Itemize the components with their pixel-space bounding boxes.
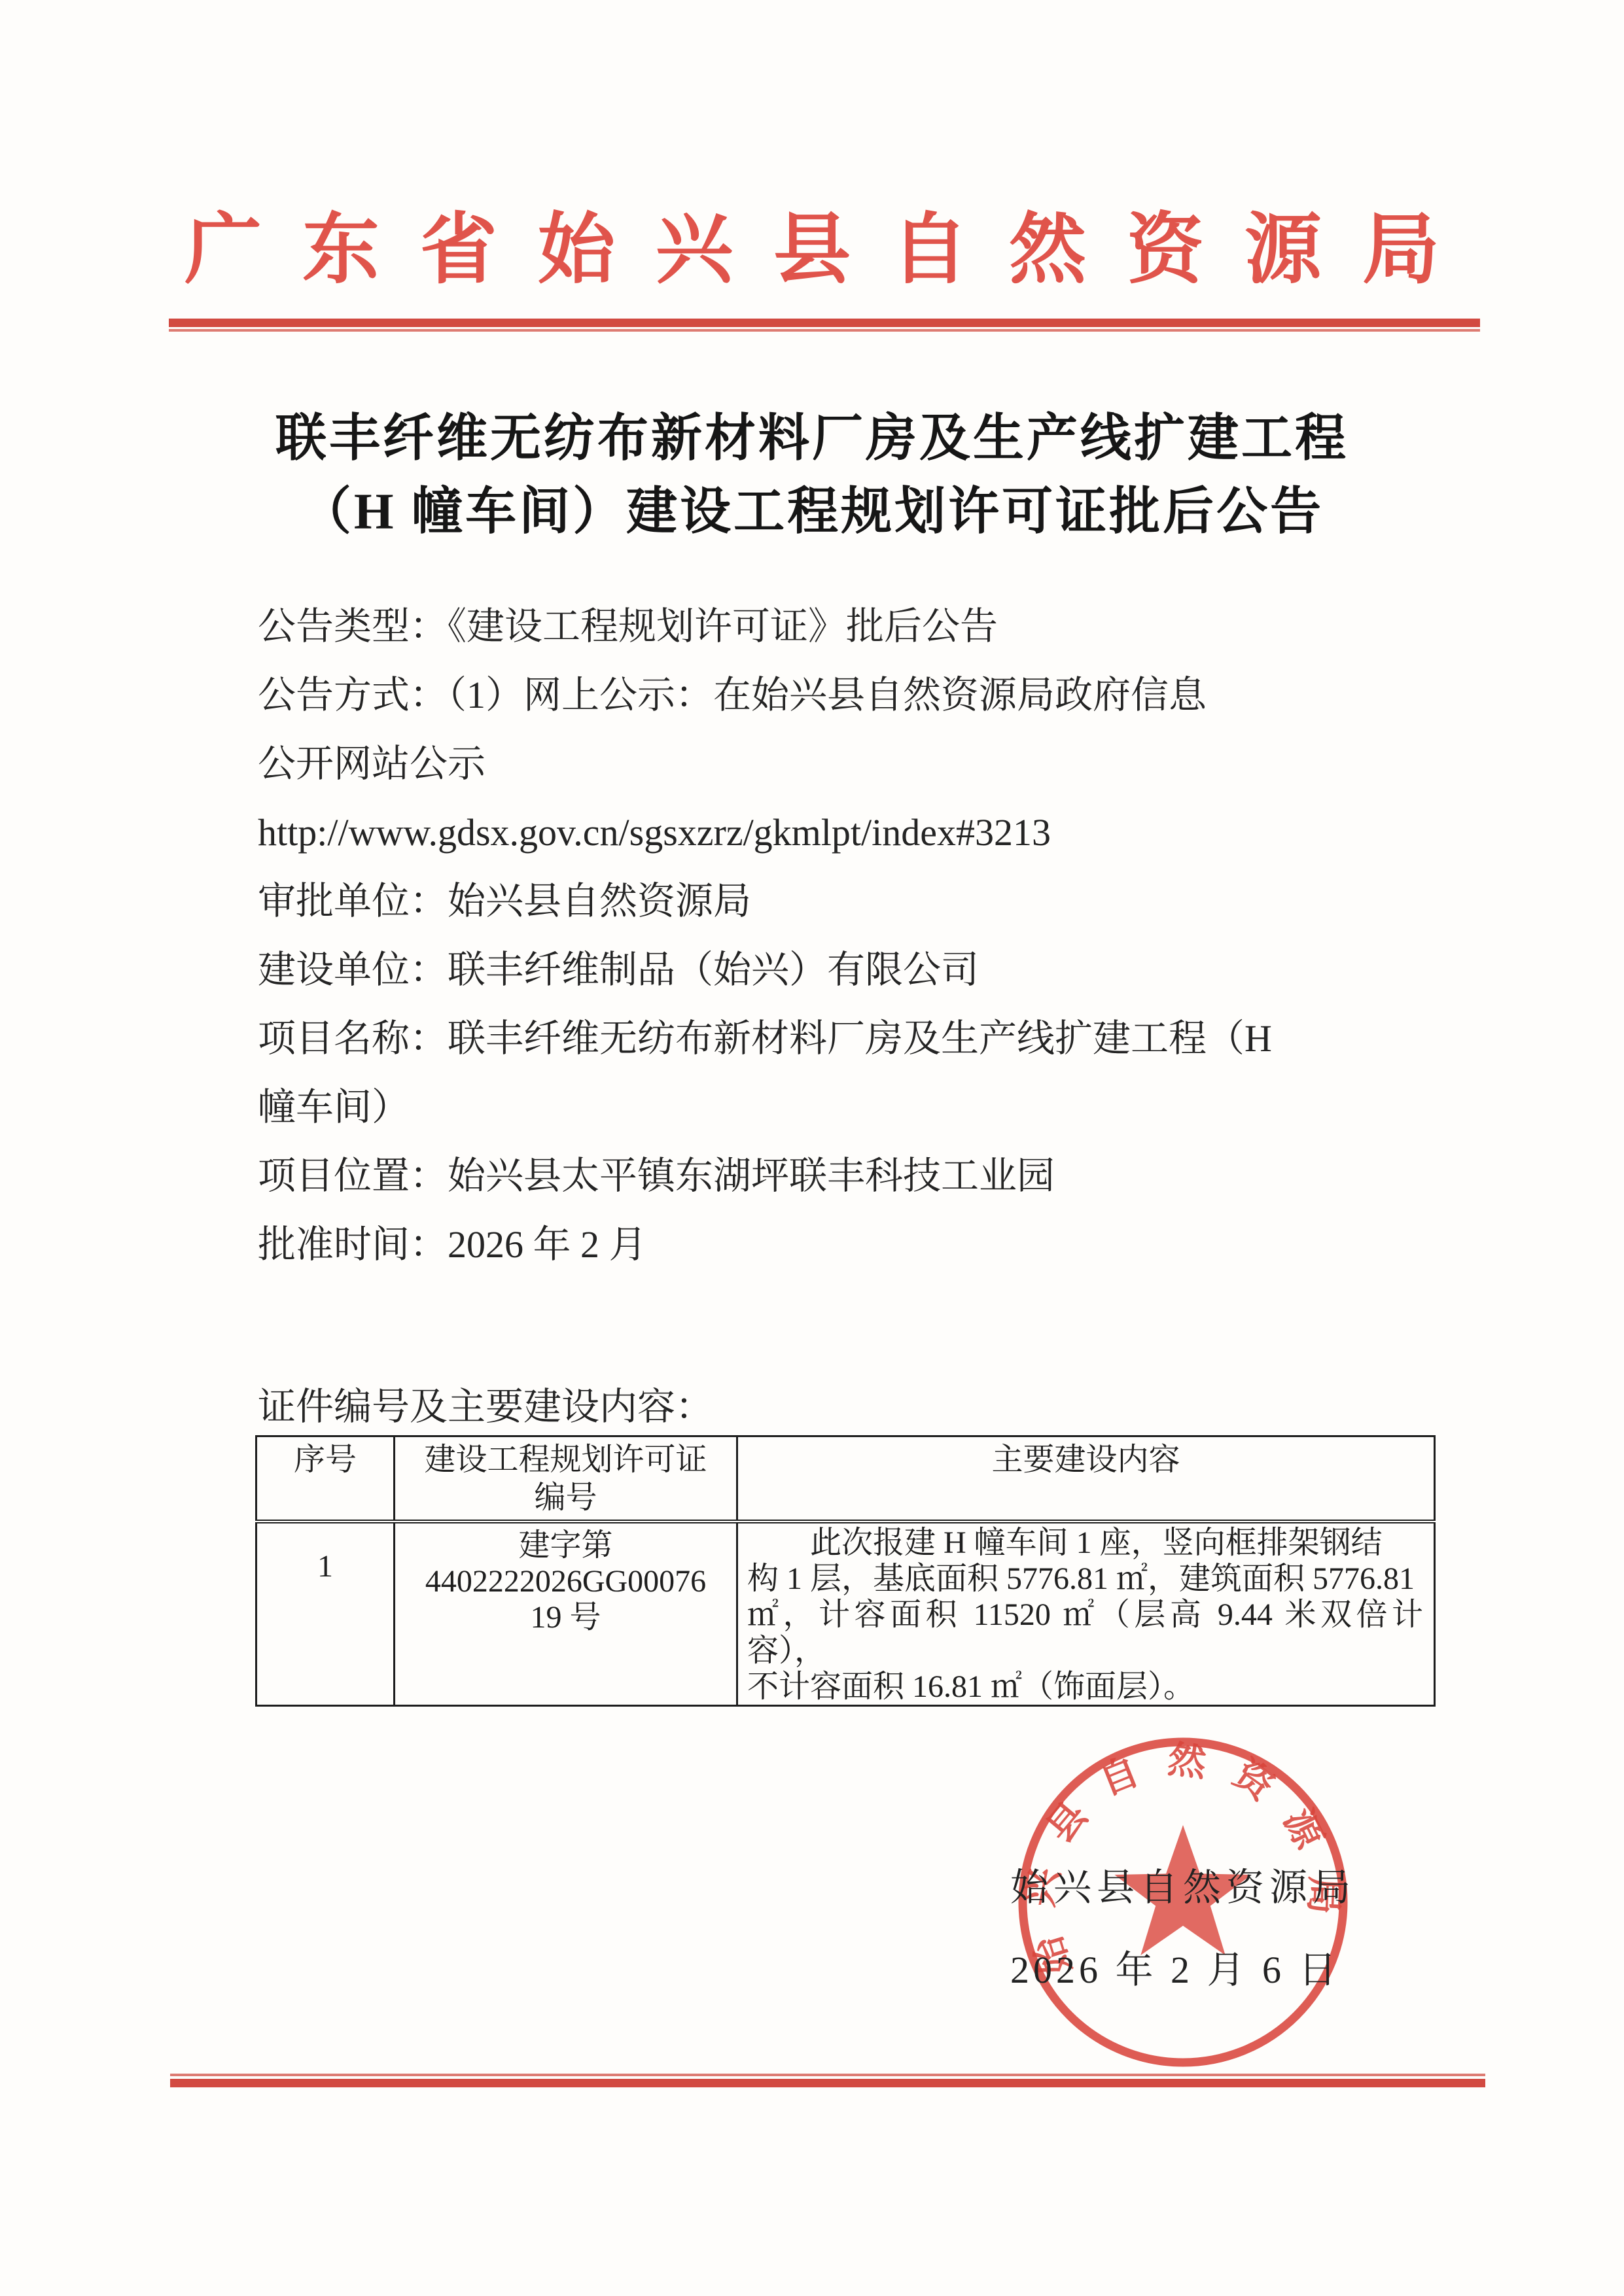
agency-letterhead: 广东省始兴县自然资源局 xyxy=(0,201,1624,300)
document-title-line1: 联丰纤维无纺布新材料厂房及生产线扩建工程 xyxy=(0,412,1624,464)
body-line-construction-unit: 建设单位：联丰纤维制品（始兴）有限公司 xyxy=(258,935,1462,1004)
body-line-approval-date: 批准时间：2026 年 2 月 xyxy=(258,1210,1462,1279)
body-line-announcement-method: 公告方式：（1）网上公示：在始兴县自然资源局政府信息 xyxy=(258,661,1462,729)
announcement-body: 公告类型：《建设工程规划许可证》批后公告 公告方式：（1）网上公示：在始兴县自然… xyxy=(258,592,1462,1279)
body-line-project-name: 项目名称：联丰纤维无纺布新材料厂房及生产线扩建工程（H xyxy=(258,1004,1462,1073)
issuer-signature: 始兴县自然资源局 xyxy=(1010,1868,1356,1907)
col-header-permit-number: 建设工程规划许可证 编号 xyxy=(395,1436,737,1522)
document-title-line2: （H 幢车间）建设工程规划许可证批后公告 xyxy=(0,485,1624,538)
cell-permit-number: 建字第 4402222026GG00076 19 号 xyxy=(395,1522,737,1706)
table-row: 1 建字第 4402222026GG00076 19 号 此次报建 H 幢车间 … xyxy=(256,1522,1435,1706)
body-line-announcement-method-cont: 公开网站公示 xyxy=(258,729,1462,798)
permit-table: 序号 建设工程规划许可证 编号 主要建设内容 1 建字第 4402222026G… xyxy=(255,1435,1436,1707)
cell-main-content: 此次报建 H 幢车间 1 座，竖向框排架钢结 构 1 层，基底面积 5776.8… xyxy=(737,1522,1435,1706)
letterhead-divider xyxy=(169,319,1480,332)
table-heading: 证件编号及主要建设内容： xyxy=(258,1372,1436,1441)
col-header-main-content: 主要建设内容 xyxy=(737,1436,1435,1522)
col-header-index: 序号 xyxy=(256,1436,395,1522)
body-line-project-location: 项目位置：始兴县太平镇东湖坪联丰科技工业园 xyxy=(258,1141,1462,1210)
body-line-url: http://www.gdsx.gov.cn/sgsxzrz/gkmlpt/in… xyxy=(258,798,1462,867)
scanned-announcement-page: 广东省始兴县自然资源局 联丰纤维无纺布新材料厂房及生产线扩建工程 （H 幢车间）… xyxy=(0,0,1624,2296)
body-line-project-name-cont: 幢车间） xyxy=(258,1073,1462,1141)
table-header-row: 序号 建设工程规划许可证 编号 主要建设内容 xyxy=(256,1436,1435,1522)
cell-index: 1 xyxy=(256,1522,395,1706)
issue-date: 2026 年 2 月 6 日 xyxy=(1010,1951,1341,1990)
divider-thick-bar xyxy=(169,319,1480,327)
body-line-announcement-type: 公告类型：《建设工程规划许可证》批后公告 xyxy=(258,592,1462,661)
divider-thin-bar xyxy=(169,329,1480,332)
body-line-approval-authority: 审批单位：始兴县自然资源局 xyxy=(258,867,1462,935)
